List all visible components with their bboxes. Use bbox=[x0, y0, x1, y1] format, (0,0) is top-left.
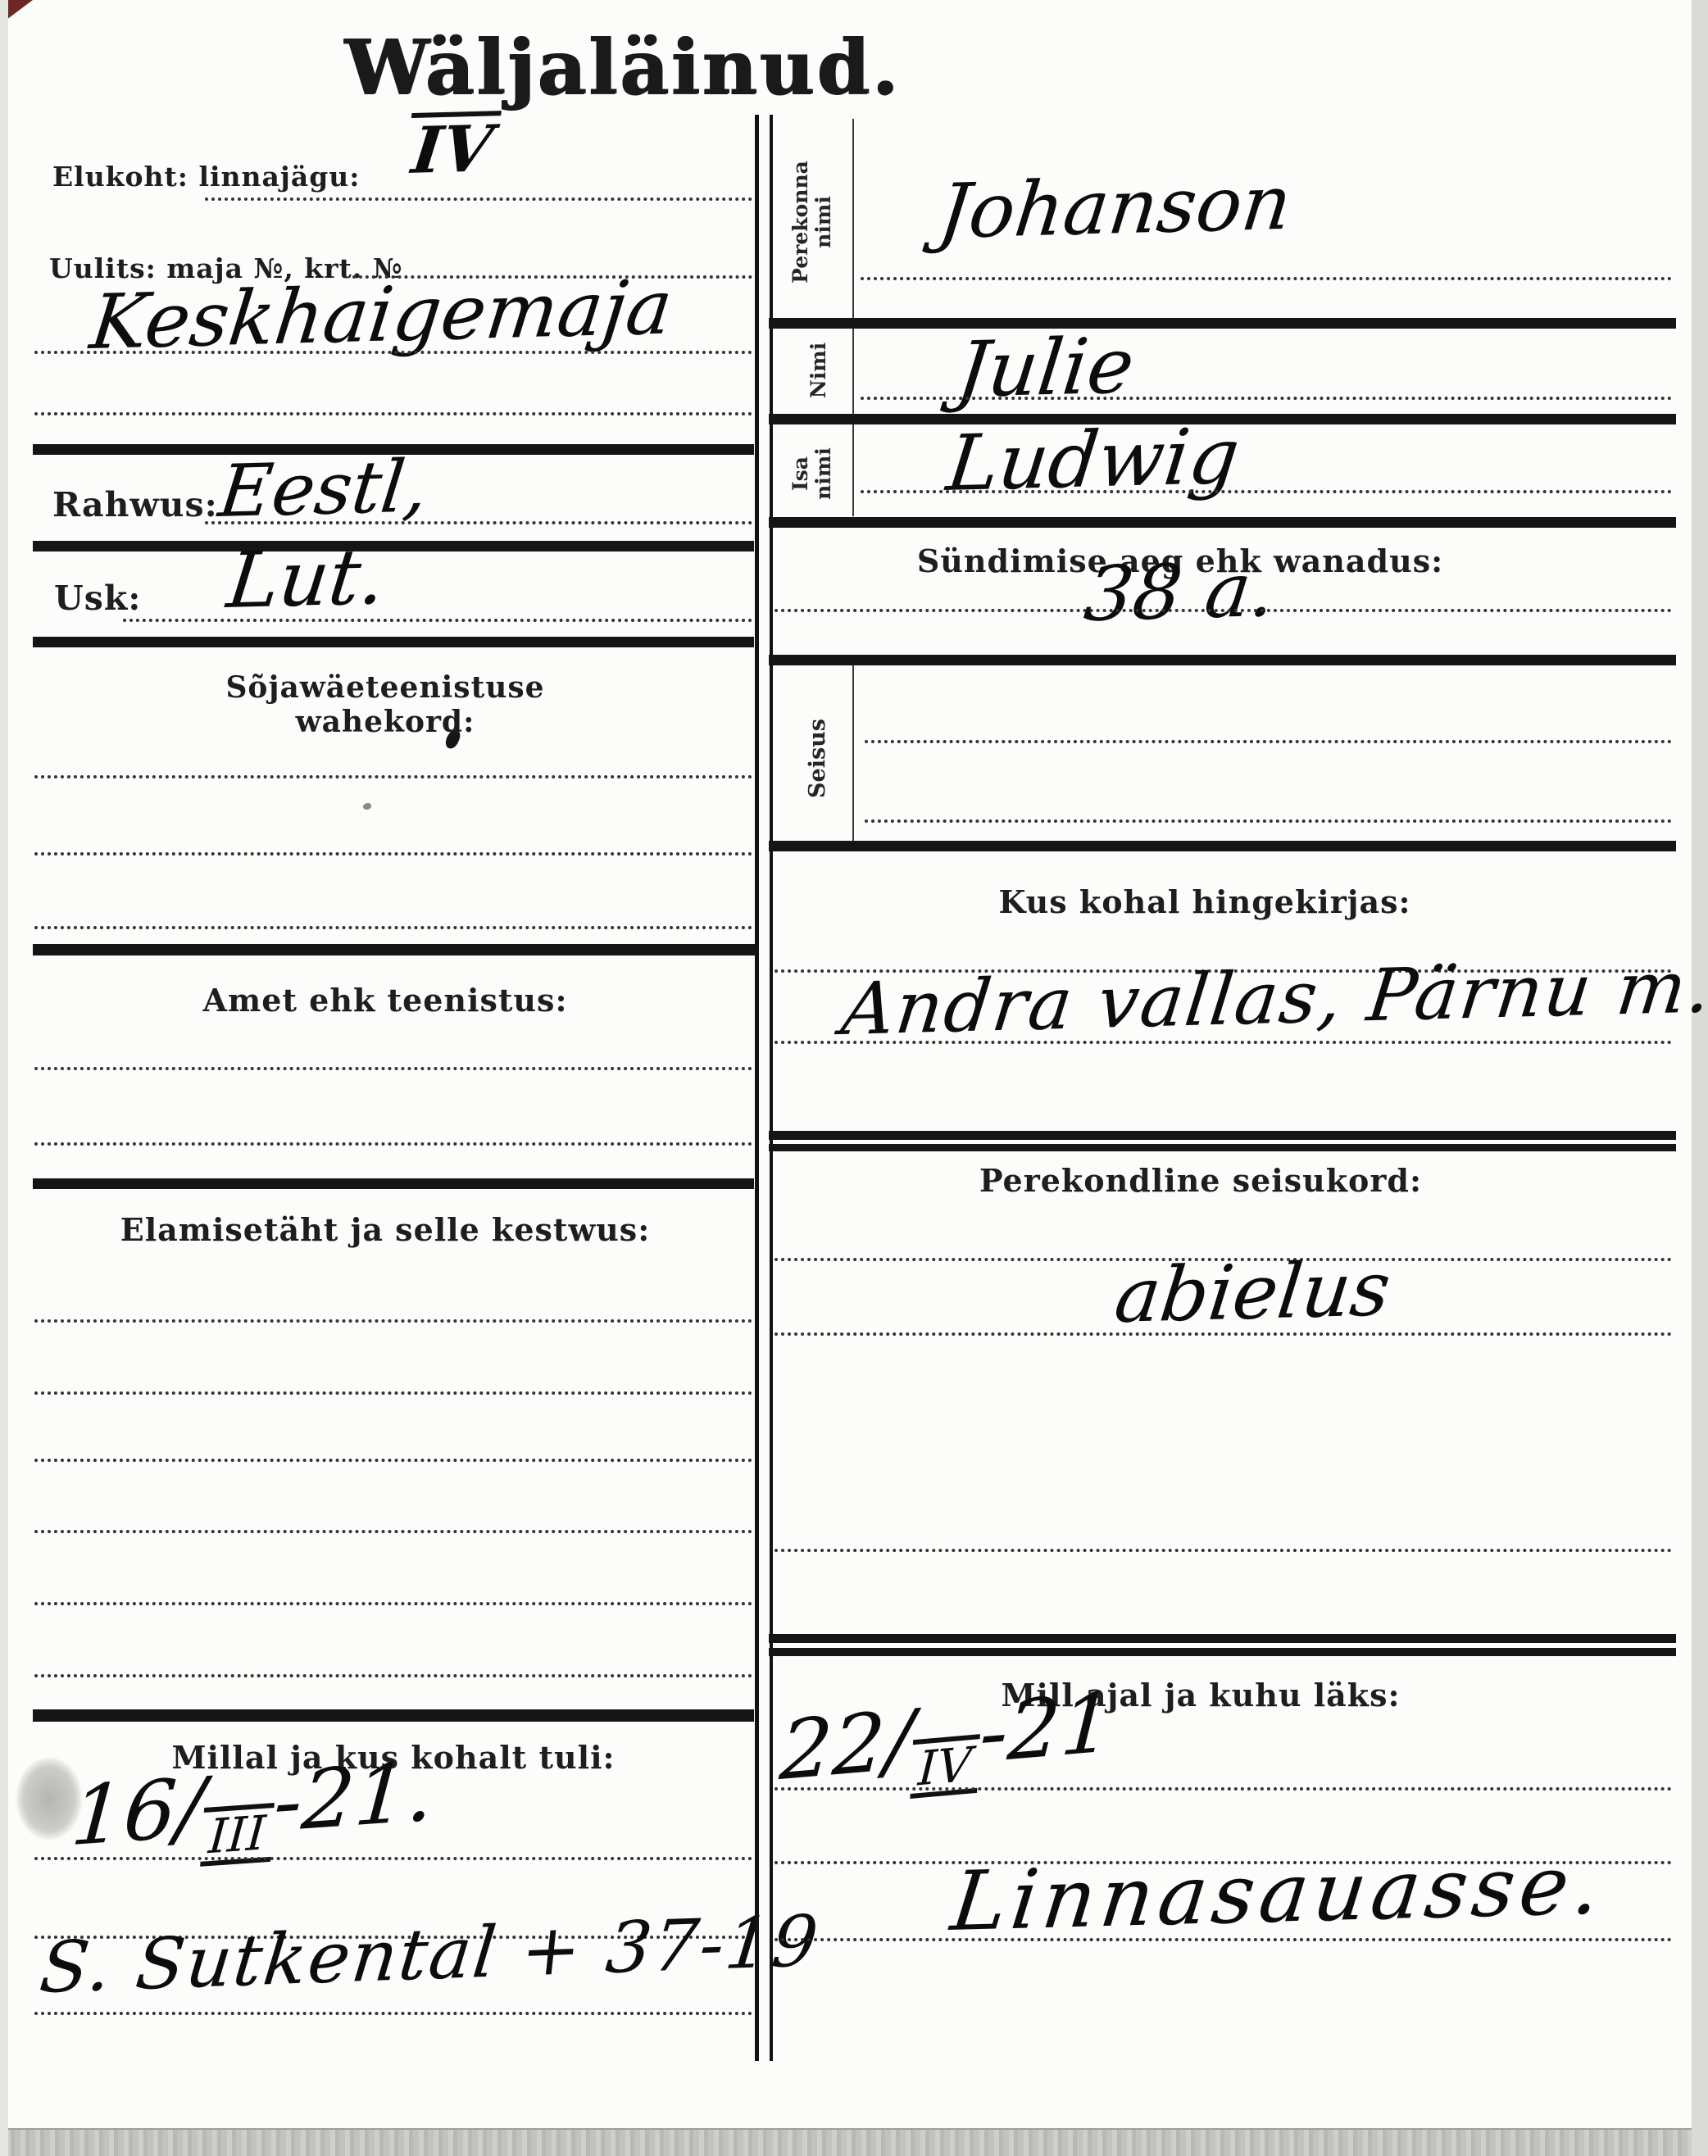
field-label-nimi: Nimi bbox=[802, 333, 836, 408]
dotted-line bbox=[34, 1067, 752, 1070]
section-rule bbox=[769, 1131, 1676, 1140]
field-value-usk: Lut. bbox=[223, 533, 390, 626]
section-rule bbox=[33, 1709, 754, 1722]
dotted-line bbox=[861, 277, 1672, 280]
dotted-line bbox=[865, 819, 1672, 823]
field-label-isa-nimi: Isa nimi bbox=[780, 433, 844, 515]
vlabel-line: Seisus bbox=[806, 719, 830, 798]
section-rule bbox=[33, 944, 758, 955]
dotted-line bbox=[861, 490, 1672, 493]
dotted-line bbox=[775, 609, 1672, 612]
ink-tick bbox=[363, 803, 371, 810]
field-value-laks-place: Linnasauasse. bbox=[947, 1836, 1610, 1949]
dotted-line bbox=[34, 1674, 752, 1677]
section-rule bbox=[769, 1634, 1676, 1643]
section-rule bbox=[33, 637, 754, 647]
field-label-perekonna-nimi: Perekonna nimi bbox=[777, 128, 847, 316]
dotted-line bbox=[34, 1602, 752, 1605]
field-value-perekonna-nimi: Johanson bbox=[934, 159, 1296, 256]
section-rule bbox=[769, 517, 1676, 528]
vlabel-line: nimi bbox=[812, 447, 835, 500]
form-title: Wäljaläinud. bbox=[344, 23, 893, 111]
column-divider bbox=[755, 115, 773, 2061]
field-label-perekondline: Perekondline seisukord: bbox=[971, 1162, 1430, 1199]
dotted-line bbox=[34, 2012, 752, 2015]
laks-day: 22/ bbox=[778, 1691, 915, 1799]
dotted-line bbox=[34, 926, 752, 929]
tuli-year: -21. bbox=[270, 1744, 436, 1850]
section-rule bbox=[769, 318, 1676, 329]
field-value-hingekirjas: Andra vallas, Pärnu m. bbox=[838, 944, 1708, 1051]
label-separator-line bbox=[852, 665, 854, 841]
field-label-rahwus: Rahwus: bbox=[52, 485, 218, 524]
tuli-day: 16/ bbox=[68, 1759, 207, 1864]
dotted-line bbox=[205, 197, 752, 201]
dotted-line bbox=[775, 1787, 1672, 1791]
field-label-seisus: Seisus bbox=[798, 695, 838, 822]
dotted-line bbox=[34, 775, 752, 778]
field-value-isa-nimi: Ludwig bbox=[943, 412, 1243, 509]
dotted-line bbox=[775, 1332, 1672, 1336]
dotted-line bbox=[205, 521, 752, 524]
dotted-line bbox=[34, 1319, 752, 1323]
vlabel-line: Perekonna bbox=[789, 161, 812, 284]
dotted-line bbox=[123, 619, 752, 622]
field-label-sojawae: Sõjawäeteenistuse wahekord: bbox=[131, 670, 639, 739]
dotted-line bbox=[34, 852, 752, 856]
dotted-line bbox=[34, 1391, 752, 1395]
scan-edge-left bbox=[0, 0, 8, 2156]
scanned-form-page: Wäljaläinud. Elukoht: linnajägu: IV Uuli… bbox=[0, 0, 1708, 2156]
field-label-elukoht: Elukoht: linnajägu: bbox=[52, 161, 360, 193]
field-label-amet: Amet ehk teenistus: bbox=[131, 982, 639, 1019]
section-rule bbox=[769, 1648, 1676, 1656]
field-value-sundimise: 38 a. bbox=[1080, 546, 1279, 638]
section-rule bbox=[33, 1178, 754, 1189]
dotted-line bbox=[865, 740, 1672, 743]
field-value-nimi: Julie bbox=[952, 321, 1138, 415]
dotted-line bbox=[34, 1530, 752, 1533]
dotted-line bbox=[861, 397, 1672, 400]
field-value-perekondline: abielus bbox=[1111, 1245, 1395, 1340]
dotted-line bbox=[34, 1459, 752, 1462]
dotted-line bbox=[775, 1549, 1672, 1552]
scan-edge-bottom bbox=[0, 2128, 1708, 2156]
field-value-rahwus: Eestl, bbox=[215, 443, 433, 533]
dotted-line bbox=[775, 1041, 1672, 1044]
roman-numeral-district: IV bbox=[404, 111, 502, 184]
field-label-usk: Usk: bbox=[54, 579, 141, 618]
scan-edge-right bbox=[1692, 0, 1708, 2156]
dotted-line bbox=[34, 1857, 752, 1860]
laks-year: -21 bbox=[978, 1674, 1116, 1782]
section-rule bbox=[769, 655, 1676, 665]
vlabel-line: Isa bbox=[789, 456, 812, 491]
field-label-elamisetaht: Elamisetäht ja selle kestwus: bbox=[107, 1211, 664, 1248]
section-rule bbox=[769, 841, 1676, 851]
dotted-line bbox=[34, 351, 752, 354]
field-value-elukoht: IV bbox=[403, 111, 502, 188]
dotted-line bbox=[775, 1938, 1672, 1941]
dotted-line bbox=[34, 1142, 752, 1146]
section-rule bbox=[33, 541, 754, 551]
section-rule bbox=[769, 1144, 1676, 1151]
bottom-note: S. Sutkental + 37-19 bbox=[36, 1900, 823, 2009]
vlabel-line: nimi bbox=[812, 196, 835, 248]
vlabel-line: Nimi bbox=[807, 343, 830, 398]
dotted-line bbox=[34, 412, 752, 415]
field-label-hingekirjas: Kus kohal hingekirjas: bbox=[975, 883, 1434, 920]
